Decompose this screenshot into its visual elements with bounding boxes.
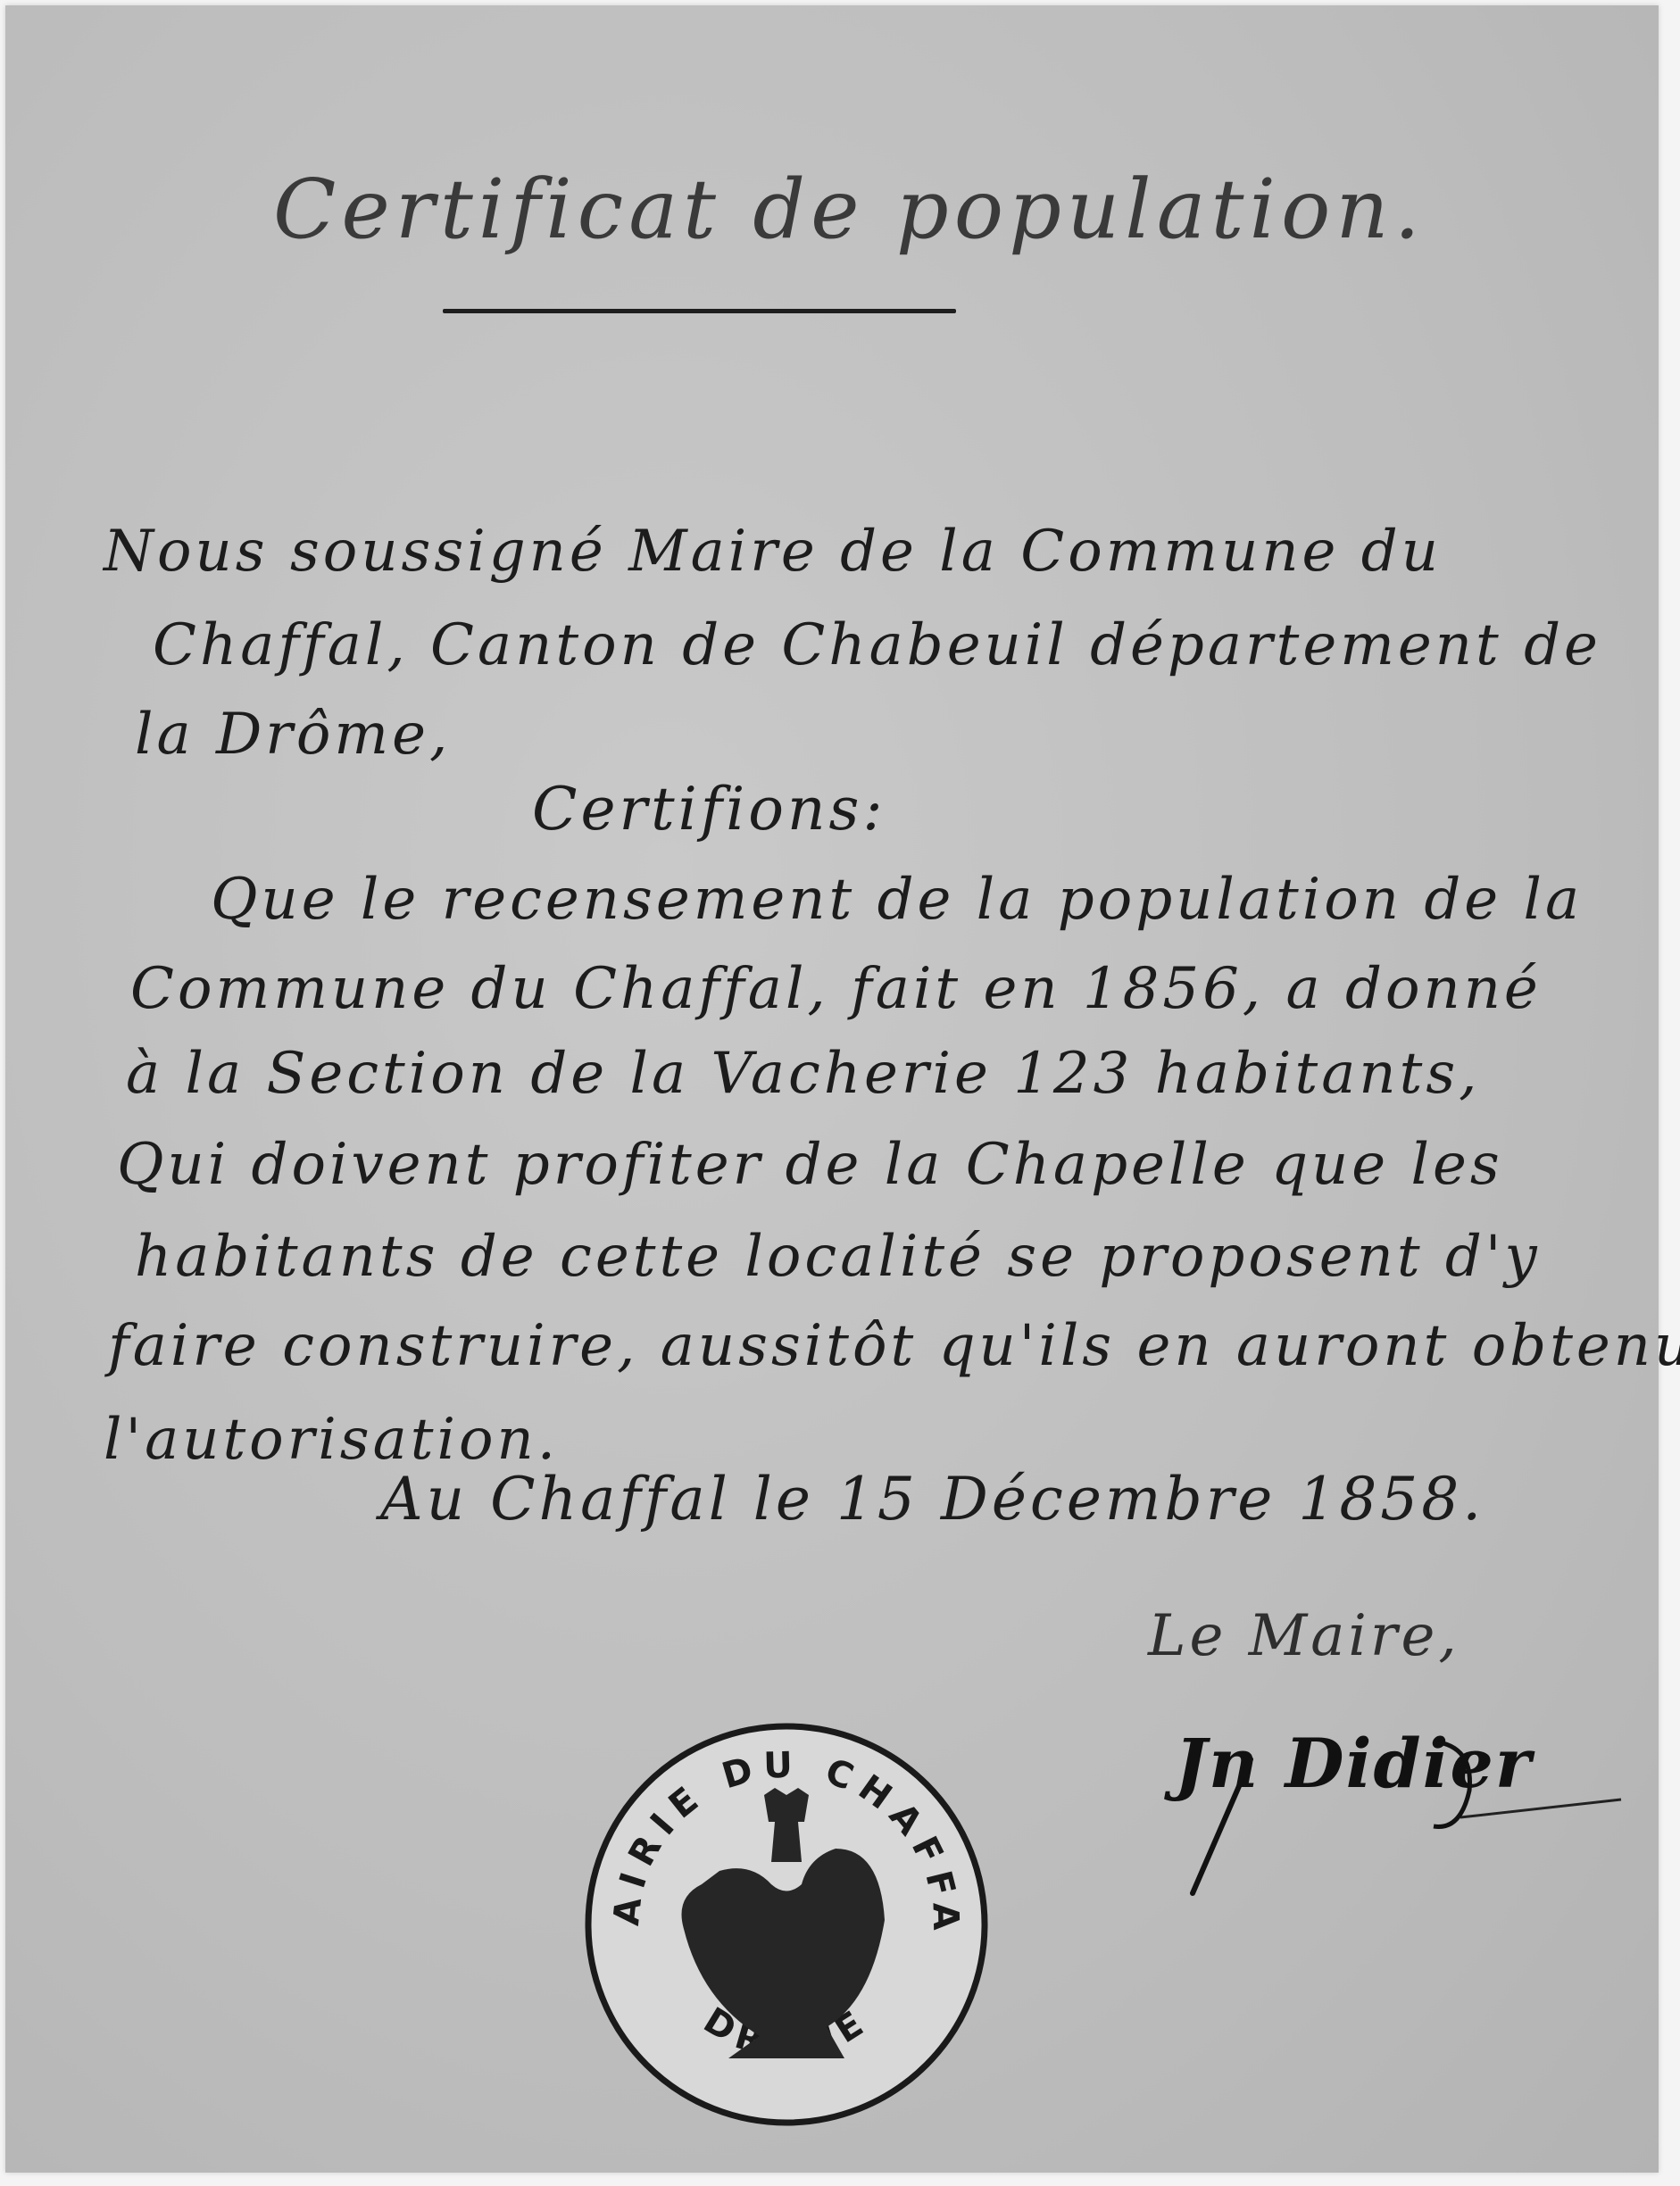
- document-page: Certificat de population. Nous soussigné…: [5, 5, 1659, 2173]
- preamble-line-2: Chaffal, Canton de Chabeuil département …: [153, 612, 1601, 678]
- body-line-5: habitants de cette localité se proposent…: [135, 1224, 1541, 1290]
- body-line-2: Commune du Chaffal, fait en 1856, a donn…: [130, 956, 1542, 1022]
- signatory-title: Le Maire,: [1148, 1603, 1460, 1669]
- signature-flourish-icon: [1166, 1706, 1630, 1902]
- body-line-1: Que le recensement de la population de l…: [211, 867, 1583, 933]
- document-title: Certificat de population.: [273, 162, 1426, 257]
- mairie-stamp: MAIRIE DU CHAFFAL DRÔME: [568, 1706, 1005, 2143]
- preamble-line-3: la Drôme,: [135, 702, 451, 768]
- body-line-4: Qui doivent profiter de la Chapelle que …: [117, 1132, 1503, 1198]
- preamble-line-1: Nous soussigné Maire de la Commune du: [104, 519, 1442, 585]
- certification-heading: Certifions:: [532, 775, 886, 844]
- body-line-7: l'autorisation.: [104, 1407, 559, 1473]
- body-line-3: à la Section de la Vacherie 123 habitant…: [126, 1041, 1481, 1107]
- body-line-6: faire construire, aussitôt qu'ils en aur…: [108, 1313, 1680, 1379]
- title-underline: [443, 309, 956, 313]
- place-date-line: Au Chaffal le 15 Décembre 1858.: [380, 1465, 1485, 1534]
